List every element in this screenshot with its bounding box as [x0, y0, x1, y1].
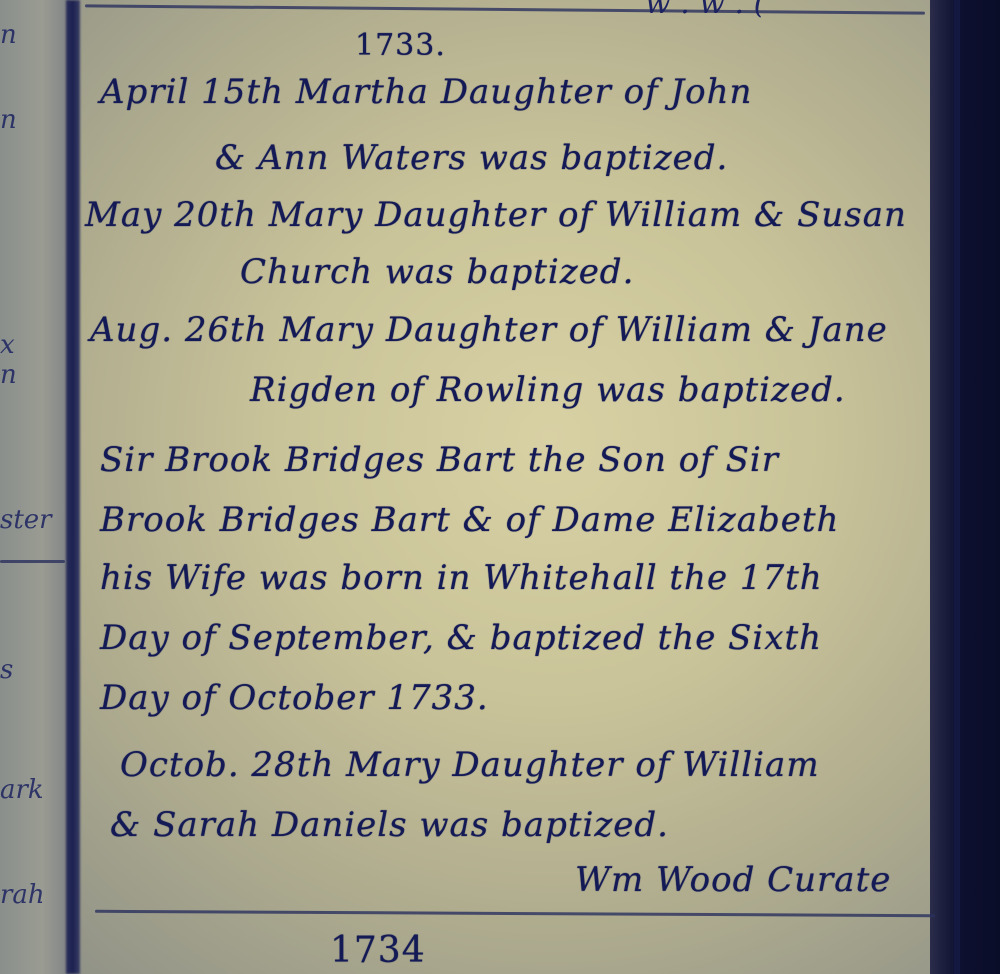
entry-line: Rigden of Rowling was baptized. [250, 370, 846, 410]
margin-fragment: x [0, 330, 15, 360]
margin-fragment: n [0, 360, 17, 390]
register-page: w . w . ( 1733. April 15th Martha Daught… [85, 0, 935, 974]
margin-fragment: n [0, 105, 17, 135]
entry-line: & Ann Waters was baptized. [215, 138, 728, 178]
margin-fragment: s [0, 655, 13, 685]
page-gutter [66, 0, 80, 974]
entry-line: Aug. 26th Mary Daughter of William & Jan… [90, 310, 888, 350]
margin-rule [0, 560, 65, 563]
entry-line: Church was baptized. [240, 252, 634, 292]
margin-fragment: rah [0, 880, 45, 910]
next-year-heading: 1734 [330, 930, 426, 971]
entry-line: & Sarah Daniels was baptized. [110, 805, 669, 845]
page-edge-shadow [954, 0, 960, 974]
margin-fragment: n [0, 20, 17, 50]
entry-line: April 15th Martha Daughter of John [100, 72, 752, 112]
entry-line: Day of September, & baptized the Sixth [100, 618, 822, 658]
entry-line: Sir Brook Bridges Bart the Son of Sir [100, 440, 779, 480]
margin-fragment: ark [0, 775, 44, 805]
book-binding-edge [930, 0, 1000, 974]
entry-line: his Wife was born in Whitehall the 17th [100, 558, 823, 598]
margin-fragment: ster [0, 505, 52, 535]
entry-line: Day of October 1733. [100, 678, 489, 718]
entry-line: Octob. 28th Mary Daughter of William [120, 745, 820, 785]
header-fragment: w . w . ( [645, 0, 765, 21]
entry-line: Brook Bridges Bart & of Dame Elizabeth [100, 500, 839, 540]
left-facing-page [0, 0, 70, 974]
curate-signature: Wm Wood Curate [575, 860, 891, 900]
entry-line: May 20th Mary Daughter of William & Susa… [85, 195, 907, 235]
year-heading: 1733. [355, 28, 446, 63]
